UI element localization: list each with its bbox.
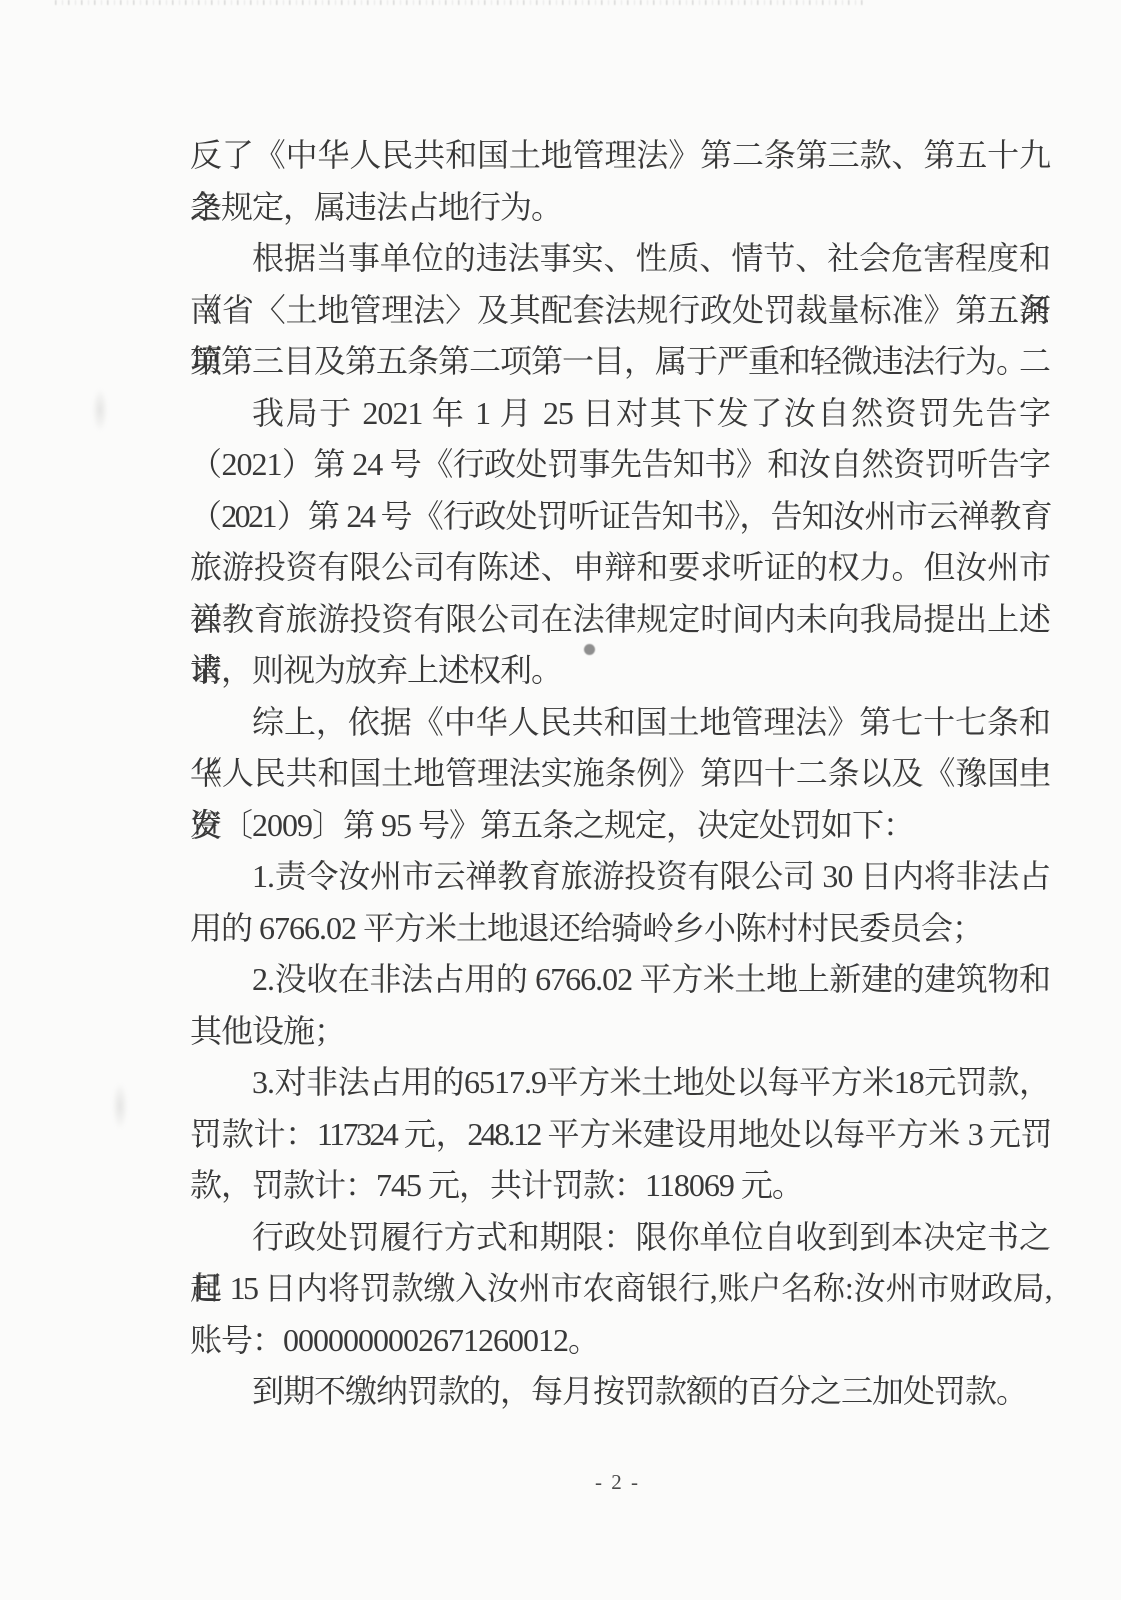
document-line: 项第三目及第五条第二项第一目，属于严重和轻微违法行为。 — [190, 336, 1050, 388]
document-line: 用的 6766.02 平方米土地退还给骑岭乡小陈村村民委员会； — [190, 903, 1050, 955]
page-number: - 2 - — [57, 1470, 1121, 1495]
scan-smudge-artifact — [92, 388, 108, 432]
document-page: 反了《中华人民共和国土地管理法》第二条第三款、第五十九条之规定，属违法占地行为。… — [0, 0, 1121, 1600]
scan-smudge-artifact — [112, 1082, 128, 1130]
document-line: 1.责令汝州市云禅教育旅游投资有限公司 30 日内将非法占 — [190, 851, 1050, 903]
document-line: （2021）第 24 号《行政处罚听证告知书》，告知汝州市云禅教育 — [190, 491, 1050, 543]
document-body: 反了《中华人民共和国土地管理法》第二条第三款、第五十九条之规定，属违法占地行为。… — [190, 130, 1050, 1418]
document-line: 之规定，属违法占地行为。 — [190, 182, 1050, 234]
scan-noise-artifact — [55, 0, 865, 5]
document-line: 根据当事单位的违法事实、性质、情节、社会危害程度和《河 — [190, 233, 1050, 285]
document-line: 发〔2009〕第 95 号》第五条之规定，决定处罚如下： — [190, 800, 1050, 852]
document-line: 综上，依据《中华人民共和国土地管理法》第七十七条和《中 — [190, 697, 1050, 749]
document-line: 其他设施； — [190, 1006, 1050, 1058]
document-line: 反了《中华人民共和国土地管理法》第二条第三款、第五十九条 — [190, 130, 1050, 182]
document-line: 账号：0000000002671260012。 — [190, 1315, 1050, 1367]
document-line: 求，则视为放弃上述权利。 — [190, 645, 1050, 697]
document-line: 3.对非法占用的6517.9平方米土地处以每平方米18元罚款， — [190, 1057, 1050, 1109]
document-line: 2.没收在非法占用的 6766.02 平方米土地上新建的建筑物和 — [190, 954, 1050, 1006]
document-line: 华人民共和国土地管理法实施条例》第四十二条以及《豫国土资 — [190, 748, 1050, 800]
document-line: 款，罚款计：745 元，共计罚款：118069 元。 — [190, 1160, 1050, 1212]
document-line: 起 15 日内将罚款缴入汝州市农商银行,账户名称:汝州市财政局, — [190, 1263, 1050, 1315]
document-line: 旅游投资有限公司有陈述、申辩和要求听证的权力。但汝州市云 — [190, 542, 1050, 594]
document-line: 南省〈土地管理法〉及其配套法规行政处罚裁量标准》第五条第二 — [190, 285, 1050, 337]
document-line: 我局于 2021 年 1 月 25 日对其下发了汝自然资罚先告字 — [190, 388, 1050, 440]
document-line: 行政处罚履行方式和期限：限你单位自收到到本决定书之日 — [190, 1212, 1050, 1264]
document-line: （2021）第 24 号《行政处罚事先告知书》和汝自然资罚听告字 — [190, 439, 1050, 491]
document-line: 罚款计：117324 元，248.12 平方米建设用地处以每平方米 3 元罚 — [190, 1109, 1050, 1161]
document-line: 禅教育旅游投资有限公司在法律规定时间内未向我局提出上述请 — [190, 594, 1050, 646]
document-line: 到期不缴纳罚款的，每月按罚款额的百分之三加处罚款。 — [190, 1366, 1050, 1418]
